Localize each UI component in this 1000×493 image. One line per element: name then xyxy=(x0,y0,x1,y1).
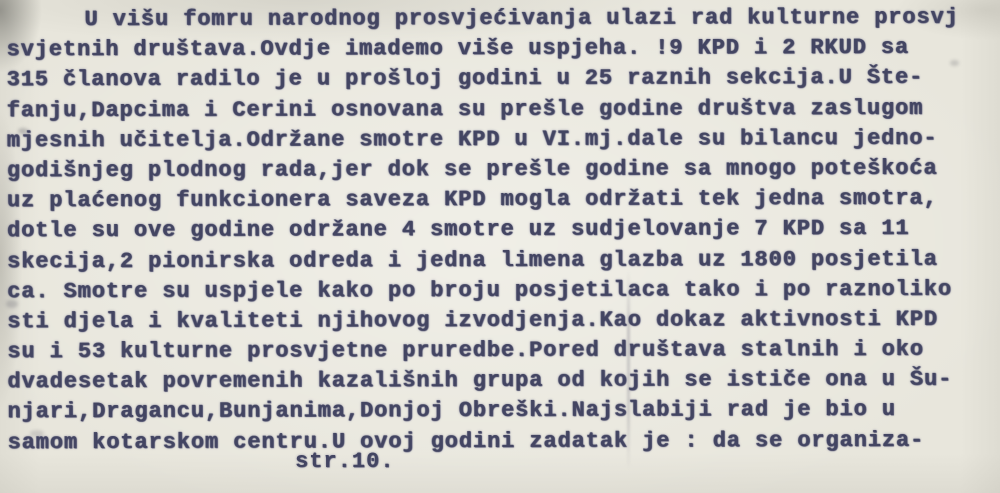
text-line: ca. Smotre su uspjele kako po broju posj… xyxy=(7,274,997,307)
text-line: svjetnih društava.Ovdje imademo više usp… xyxy=(6,33,996,66)
text-line: dvadesetak povremenih kazališnih grupa o… xyxy=(7,365,997,398)
text-line: samom kotarskom centru.U ovoj godini zad… xyxy=(8,425,998,458)
text-line: dotle su ove godine održane 4 smotre uz … xyxy=(7,214,997,247)
typewritten-paragraph: U višu fomru narodnog prosvjećivanja ula… xyxy=(6,3,997,458)
text-line: su i 53 kulturne prosvjetne pruredbe.Por… xyxy=(7,335,997,368)
text-line: 315 članova radilo je u prošloj godini u… xyxy=(7,63,997,96)
text-line: godišnjeg plodnog rada,jer dok se prešle… xyxy=(7,154,997,187)
text-line: mjesnih učitelja.Održane smotre KPD u VI… xyxy=(7,123,997,156)
text-line: sti djela i kvaliteti njihovog izvodjenj… xyxy=(7,305,997,338)
text-line: fanju,Dapcima i Cerini osnovana su prešl… xyxy=(7,93,997,126)
text-line: skecija,2 pionirska odreda i jedna limen… xyxy=(7,244,997,277)
text-line: U višu fomru narodnog prosvjećivanja ula… xyxy=(6,3,996,36)
page-number: str.10. xyxy=(295,449,394,474)
text-line: uz plaćenog funkcionera saveza KPD mogla… xyxy=(7,184,997,217)
text-line: njari,Dragancu,Bunjanima,Donjoj Obreški.… xyxy=(7,395,997,428)
scanned-document-page: U višu fomru narodnog prosvjećivanja ula… xyxy=(0,0,1000,493)
